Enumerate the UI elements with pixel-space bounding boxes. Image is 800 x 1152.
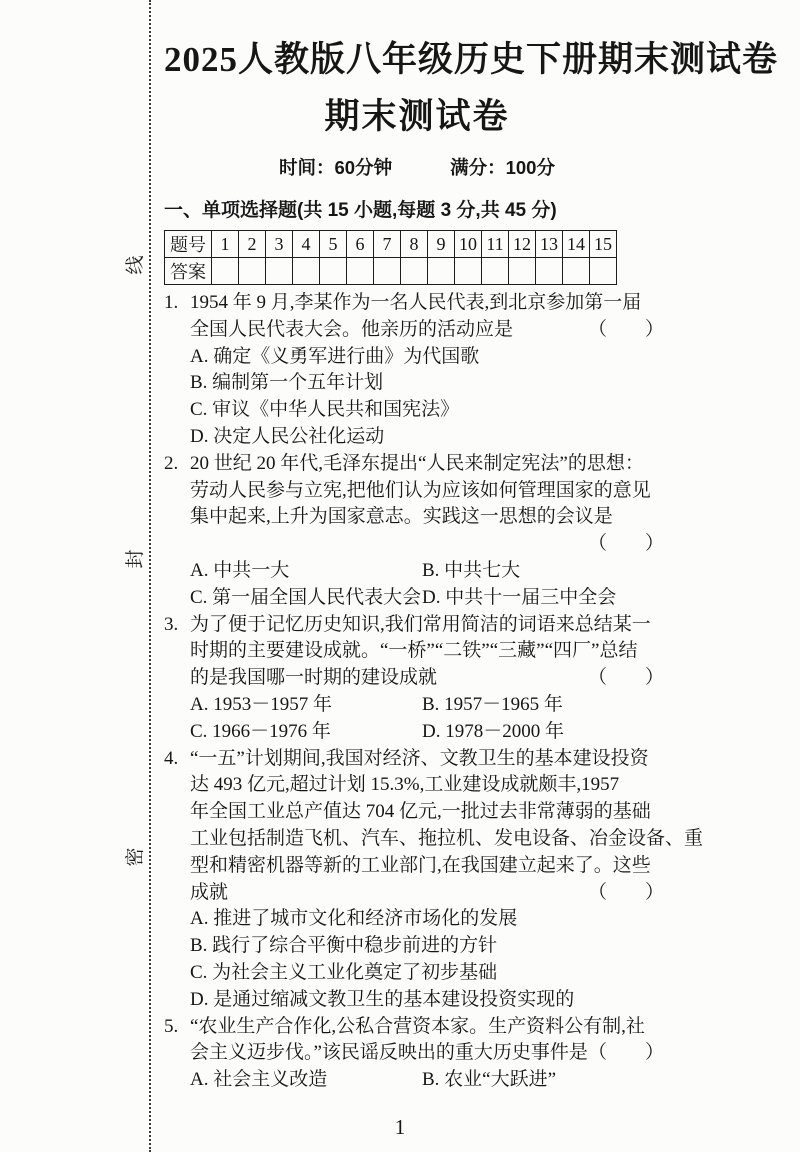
stem-line: 劳动人民参与立宪,把他们认为应该如何管理国家的意见 (190, 478, 670, 505)
answer-cell (482, 258, 509, 285)
option-a: A. 社会主义改造 (190, 1067, 422, 1094)
qno-cell: 5 (320, 231, 347, 258)
option-c: C. 第一届全国人民代表大会 (190, 585, 422, 612)
qno-cell: 10 (455, 231, 482, 258)
qno-cell: 14 (563, 231, 590, 258)
stem-line: 1.1954 年 9 月,李某作为一名人民代表,到北京参加第一届 (190, 290, 670, 317)
option-d: D. 决定人民公社化运动 (190, 424, 670, 451)
stem-text: 的是我国哪一时期的建设成就 (190, 665, 437, 692)
option-b: B. 践行了综合平衡中稳步前进的方针 (190, 933, 670, 960)
stem-line: 成就（ ） (190, 880, 670, 907)
stem-text: 1954 年 9 月,李某作为一名人民代表,到北京参加第一届 (190, 292, 641, 313)
stem-line: 的是我国哪一时期的建设成就（ ） (190, 665, 670, 692)
stem-text: 会主义迈步伐。”该民谣反映出的重大历史事件是 (190, 1040, 588, 1067)
option-d: D. 中共十一届三中全会 (422, 585, 616, 612)
answer-cell (455, 258, 482, 285)
stem-line: 全国人民代表大会。他亲历的活动应是（ ） (190, 317, 670, 344)
qno-cell: 6 (347, 231, 374, 258)
option-row: A. 中共一大 B. 中共七大 (190, 558, 670, 585)
seal-char-xian: 线 (125, 254, 147, 276)
seal-char-mi: 密 (125, 846, 147, 868)
question-4: 4.“一五”计划期间,我国对经济、文教卫生的基本建设投资 达 493 亿元,超过… (164, 746, 670, 1014)
option-d: D. 是通过缩减文教卫生的基本建设投资实现的 (190, 987, 670, 1014)
stem-line: 工业包括制造飞机、汽车、拖拉机、发电设备、冶金设备、重 (190, 826, 670, 853)
answer-cell (293, 258, 320, 285)
question-number: 5. (164, 1014, 190, 1041)
option-b: B. 农业“大跃进” (422, 1067, 556, 1094)
seal-dotted-line (149, 0, 151, 1152)
qno-cell: 11 (482, 231, 509, 258)
stem-text: 全国人民代表大会。他亲历的活动应是 (190, 317, 513, 344)
answer-bracket: （ ） (588, 665, 664, 692)
option-c: C. 为社会主义工业化奠定了初步基础 (190, 960, 670, 987)
question-3: 3.为了便于记忆历史知识,我们常用简洁的词语来总结某一 时期的主要建设成就。“一… (164, 612, 670, 746)
qno-cell: 9 (428, 231, 455, 258)
question-2: 2.20 世纪 20 年代,毛泽东提出“人民来制定宪法”的思想： 劳动人民参与立… (164, 451, 670, 612)
stem-line: 年全国工业总产值达 704 亿元,一批过去非常薄弱的基础 (190, 799, 670, 826)
answer-bracket: （ ） (190, 531, 670, 558)
stem-line: 会主义迈步伐。”该民谣反映出的重大历史事件是（ ） (190, 1040, 670, 1067)
stem-text: 20 世纪 20 年代,毛泽东提出“人民来制定宪法”的思想： (190, 453, 644, 474)
stem-text: “一五”计划期间,我国对经济、文教卫生的基本建设投资 (190, 748, 649, 769)
answer-sheet-table: 题号 1 2 3 4 5 6 7 8 9 10 11 12 13 14 15 答… (164, 230, 617, 285)
answer-cell (590, 258, 617, 285)
qno-cell: 3 (266, 231, 293, 258)
answer-row: 答案 (165, 258, 617, 285)
option-a: A. 确定《义勇军进行曲》为代国歌 (190, 344, 670, 371)
paper-title: 2025人教版八年级历史下册期末测试卷 (164, 38, 670, 82)
full-score-label: 满分：100分 (450, 156, 555, 180)
answer-cell (563, 258, 590, 285)
option-a: A. 推进了城市文化和经济市场化的发展 (190, 906, 670, 933)
question-number-row: 题号 1 2 3 4 5 6 7 8 9 10 11 12 13 14 15 (165, 231, 617, 258)
seal-char-feng: 封 (125, 548, 147, 570)
time-limit-label: 时间：60分钟 (279, 156, 392, 180)
question-number: 4. (164, 746, 190, 773)
answer-cell (401, 258, 428, 285)
stem-line: 时期的主要建设成就。“一桥”“二铁”“三藏”“四厂”总结 (190, 638, 670, 665)
question-number: 3. (164, 612, 190, 639)
stem-text: “农业生产合作化,公私合营资本家。生产资料公有制,社 (190, 1016, 645, 1037)
option-row: A. 社会主义改造 B. 农业“大跃进” (190, 1067, 670, 1094)
question-number: 2. (164, 451, 190, 478)
option-b: B. 编制第一个五年计划 (190, 370, 670, 397)
answer-cell (212, 258, 239, 285)
qno-cell: 7 (374, 231, 401, 258)
answer-bracket: （ ） (588, 880, 664, 907)
qno-cell: 15 (590, 231, 617, 258)
answer-cell (374, 258, 401, 285)
answer-cell (320, 258, 347, 285)
answer-cell (347, 258, 374, 285)
answer-cell (536, 258, 563, 285)
qno-cell: 12 (509, 231, 536, 258)
option-a: A. 1953－1957 年 (190, 692, 422, 719)
stem-line: 4.“一五”计划期间,我国对经济、文教卫生的基本建设投资 (190, 746, 670, 773)
option-d: D. 1978－2000 年 (422, 719, 564, 746)
stem-text: 为了便于记忆历史知识,我们常用简洁的词语来总结某一 (190, 614, 651, 635)
option-a: A. 中共一大 (190, 558, 422, 585)
paper-content: 2025人教版八年级历史下册期末测试卷 期末测试卷 时间：60分钟 满分：100… (164, 0, 670, 1094)
section-heading: 一、单项选择题(共 15 小题,每题 3 分,共 45 分) (164, 198, 670, 224)
answer-cell (509, 258, 536, 285)
stem-line: 5.“农业生产合作化,公私合营资本家。生产资料公有制,社 (190, 1014, 670, 1041)
qno-cell: 2 (239, 231, 266, 258)
paper-subtitle: 期末测试卷 (164, 95, 670, 139)
stem-line: 型和精密机器等新的工业部门,在我国建立起来了。这些 (190, 853, 670, 880)
option-row: C. 1966－1976 年 D. 1978－2000 年 (190, 719, 670, 746)
stem-line: 集中起来,上升为国家意志。实践这一思想的会议是 (190, 504, 670, 531)
option-row: A. 1953－1957 年 B. 1957－1965 年 (190, 692, 670, 719)
question-list: 1.1954 年 9 月,李某作为一名人民代表,到北京参加第一届 全国人民代表大… (164, 290, 670, 1094)
question-number: 1. (164, 290, 190, 317)
stem-line: 2.20 世纪 20 年代,毛泽东提出“人民来制定宪法”的思想： (190, 451, 670, 478)
stem-line: 3.为了便于记忆历史知识,我们常用简洁的词语来总结某一 (190, 612, 670, 639)
row-label-daan: 答案 (165, 258, 212, 285)
answer-cell (239, 258, 266, 285)
page-number: 1 (0, 1115, 800, 1140)
row-label-tihao: 题号 (165, 231, 212, 258)
qno-cell: 1 (212, 231, 239, 258)
option-c: C. 1966－1976 年 (190, 719, 422, 746)
exam-paper-page: 线 封 密 2025人教版八年级历史下册期末测试卷 期末测试卷 时间：60分钟 … (0, 0, 800, 1152)
answer-bracket: （ ） (588, 1040, 664, 1067)
stem-line: 达 493 亿元,超过计划 15.3%,工业建设成就颇丰,1957 (190, 772, 670, 799)
stem-text: 成就 (190, 880, 228, 907)
option-c: C. 审议《中华人民共和国宪法》 (190, 397, 670, 424)
option-b: B. 中共七大 (422, 558, 520, 585)
answer-cell (266, 258, 293, 285)
option-row: C. 第一届全国人民代表大会 D. 中共十一届三中全会 (190, 585, 670, 612)
question-1: 1.1954 年 9 月,李某作为一名人民代表,到北京参加第一届 全国人民代表大… (164, 290, 670, 451)
option-b: B. 1957－1965 年 (422, 692, 563, 719)
qno-cell: 13 (536, 231, 563, 258)
question-5: 5.“农业生产合作化,公私合营资本家。生产资料公有制,社 会主义迈步伐。”该民谣… (164, 1014, 670, 1094)
exam-info-row: 时间：60分钟 满分：100分 (164, 156, 670, 180)
qno-cell: 8 (401, 231, 428, 258)
answer-bracket: （ ） (588, 317, 664, 344)
qno-cell: 4 (293, 231, 320, 258)
answer-cell (428, 258, 455, 285)
